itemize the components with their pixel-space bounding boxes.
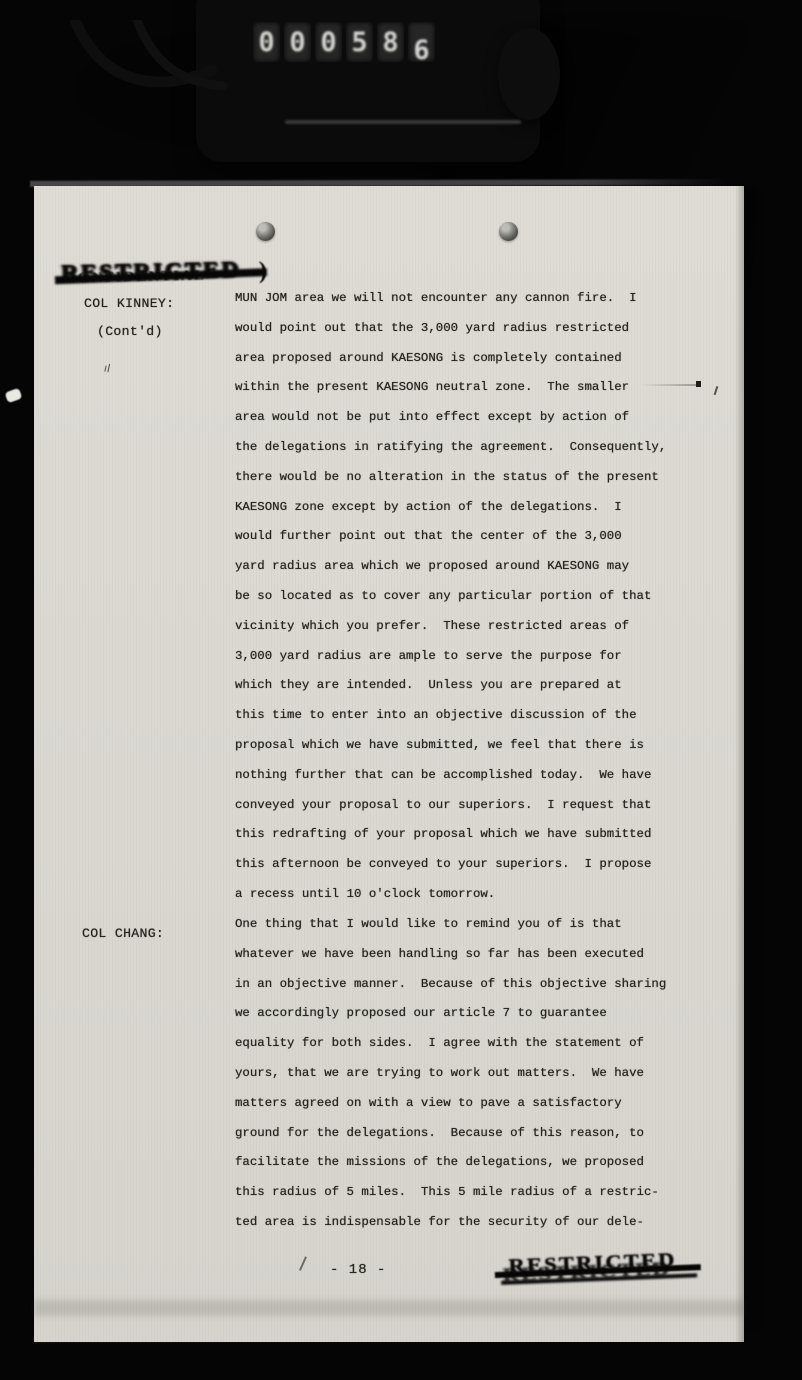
microfilm-frame: 0 0 0 5 8 6 RESTRICTED CONFIDENTIAL ) ıl… bbox=[0, 0, 802, 1380]
counter-cables bbox=[27, 20, 287, 160]
page-right-shadow bbox=[746, 190, 776, 1330]
digit-value: 0 bbox=[320, 27, 336, 58]
counter-digit: 0 bbox=[253, 22, 280, 62]
document-page: RESTRICTED CONFIDENTIAL ) ıl COL KINNEY:… bbox=[34, 186, 744, 1342]
digit-value: 8 bbox=[382, 27, 398, 58]
chang-statement-text: One thing that I would like to remind yo… bbox=[235, 910, 740, 1238]
counter-digit: 5 bbox=[346, 22, 373, 62]
digit-value: 6 bbox=[413, 35, 429, 63]
counter-digit: 0 bbox=[315, 22, 342, 62]
classification-stamp-bottom: RESTRICTED RESTRICTED bbox=[500, 1248, 702, 1302]
counter-digit: 0 bbox=[284, 22, 311, 62]
speaker-label-chang: COL CHANG: bbox=[82, 926, 164, 941]
digit-value: 5 bbox=[351, 27, 367, 58]
device-slit bbox=[285, 120, 521, 124]
film-artifact bbox=[5, 388, 23, 403]
page-number: - 18 - bbox=[330, 1262, 386, 1278]
fastener-brad-right bbox=[499, 222, 518, 241]
counter-digit: 8 bbox=[377, 22, 404, 62]
handwritten-mark: ıl bbox=[103, 362, 112, 376]
counter-knob bbox=[498, 28, 560, 120]
scan-smudge-band bbox=[34, 1300, 744, 1316]
footer-pen-tick bbox=[299, 1256, 306, 1270]
fastener-brad-left bbox=[256, 222, 275, 241]
counter-digit-rolling: 6 bbox=[408, 22, 435, 62]
counter-digit-row: 0 0 0 5 8 6 bbox=[253, 22, 435, 62]
kinney-statement-text: MUN JOM area we will not encounter any c… bbox=[235, 284, 740, 910]
speaker-continuation: (Cont'd) bbox=[97, 324, 163, 339]
digit-value: 0 bbox=[258, 27, 274, 58]
speaker-label-kinney: COL KINNEY: bbox=[84, 296, 174, 311]
digit-value: 0 bbox=[289, 27, 305, 58]
